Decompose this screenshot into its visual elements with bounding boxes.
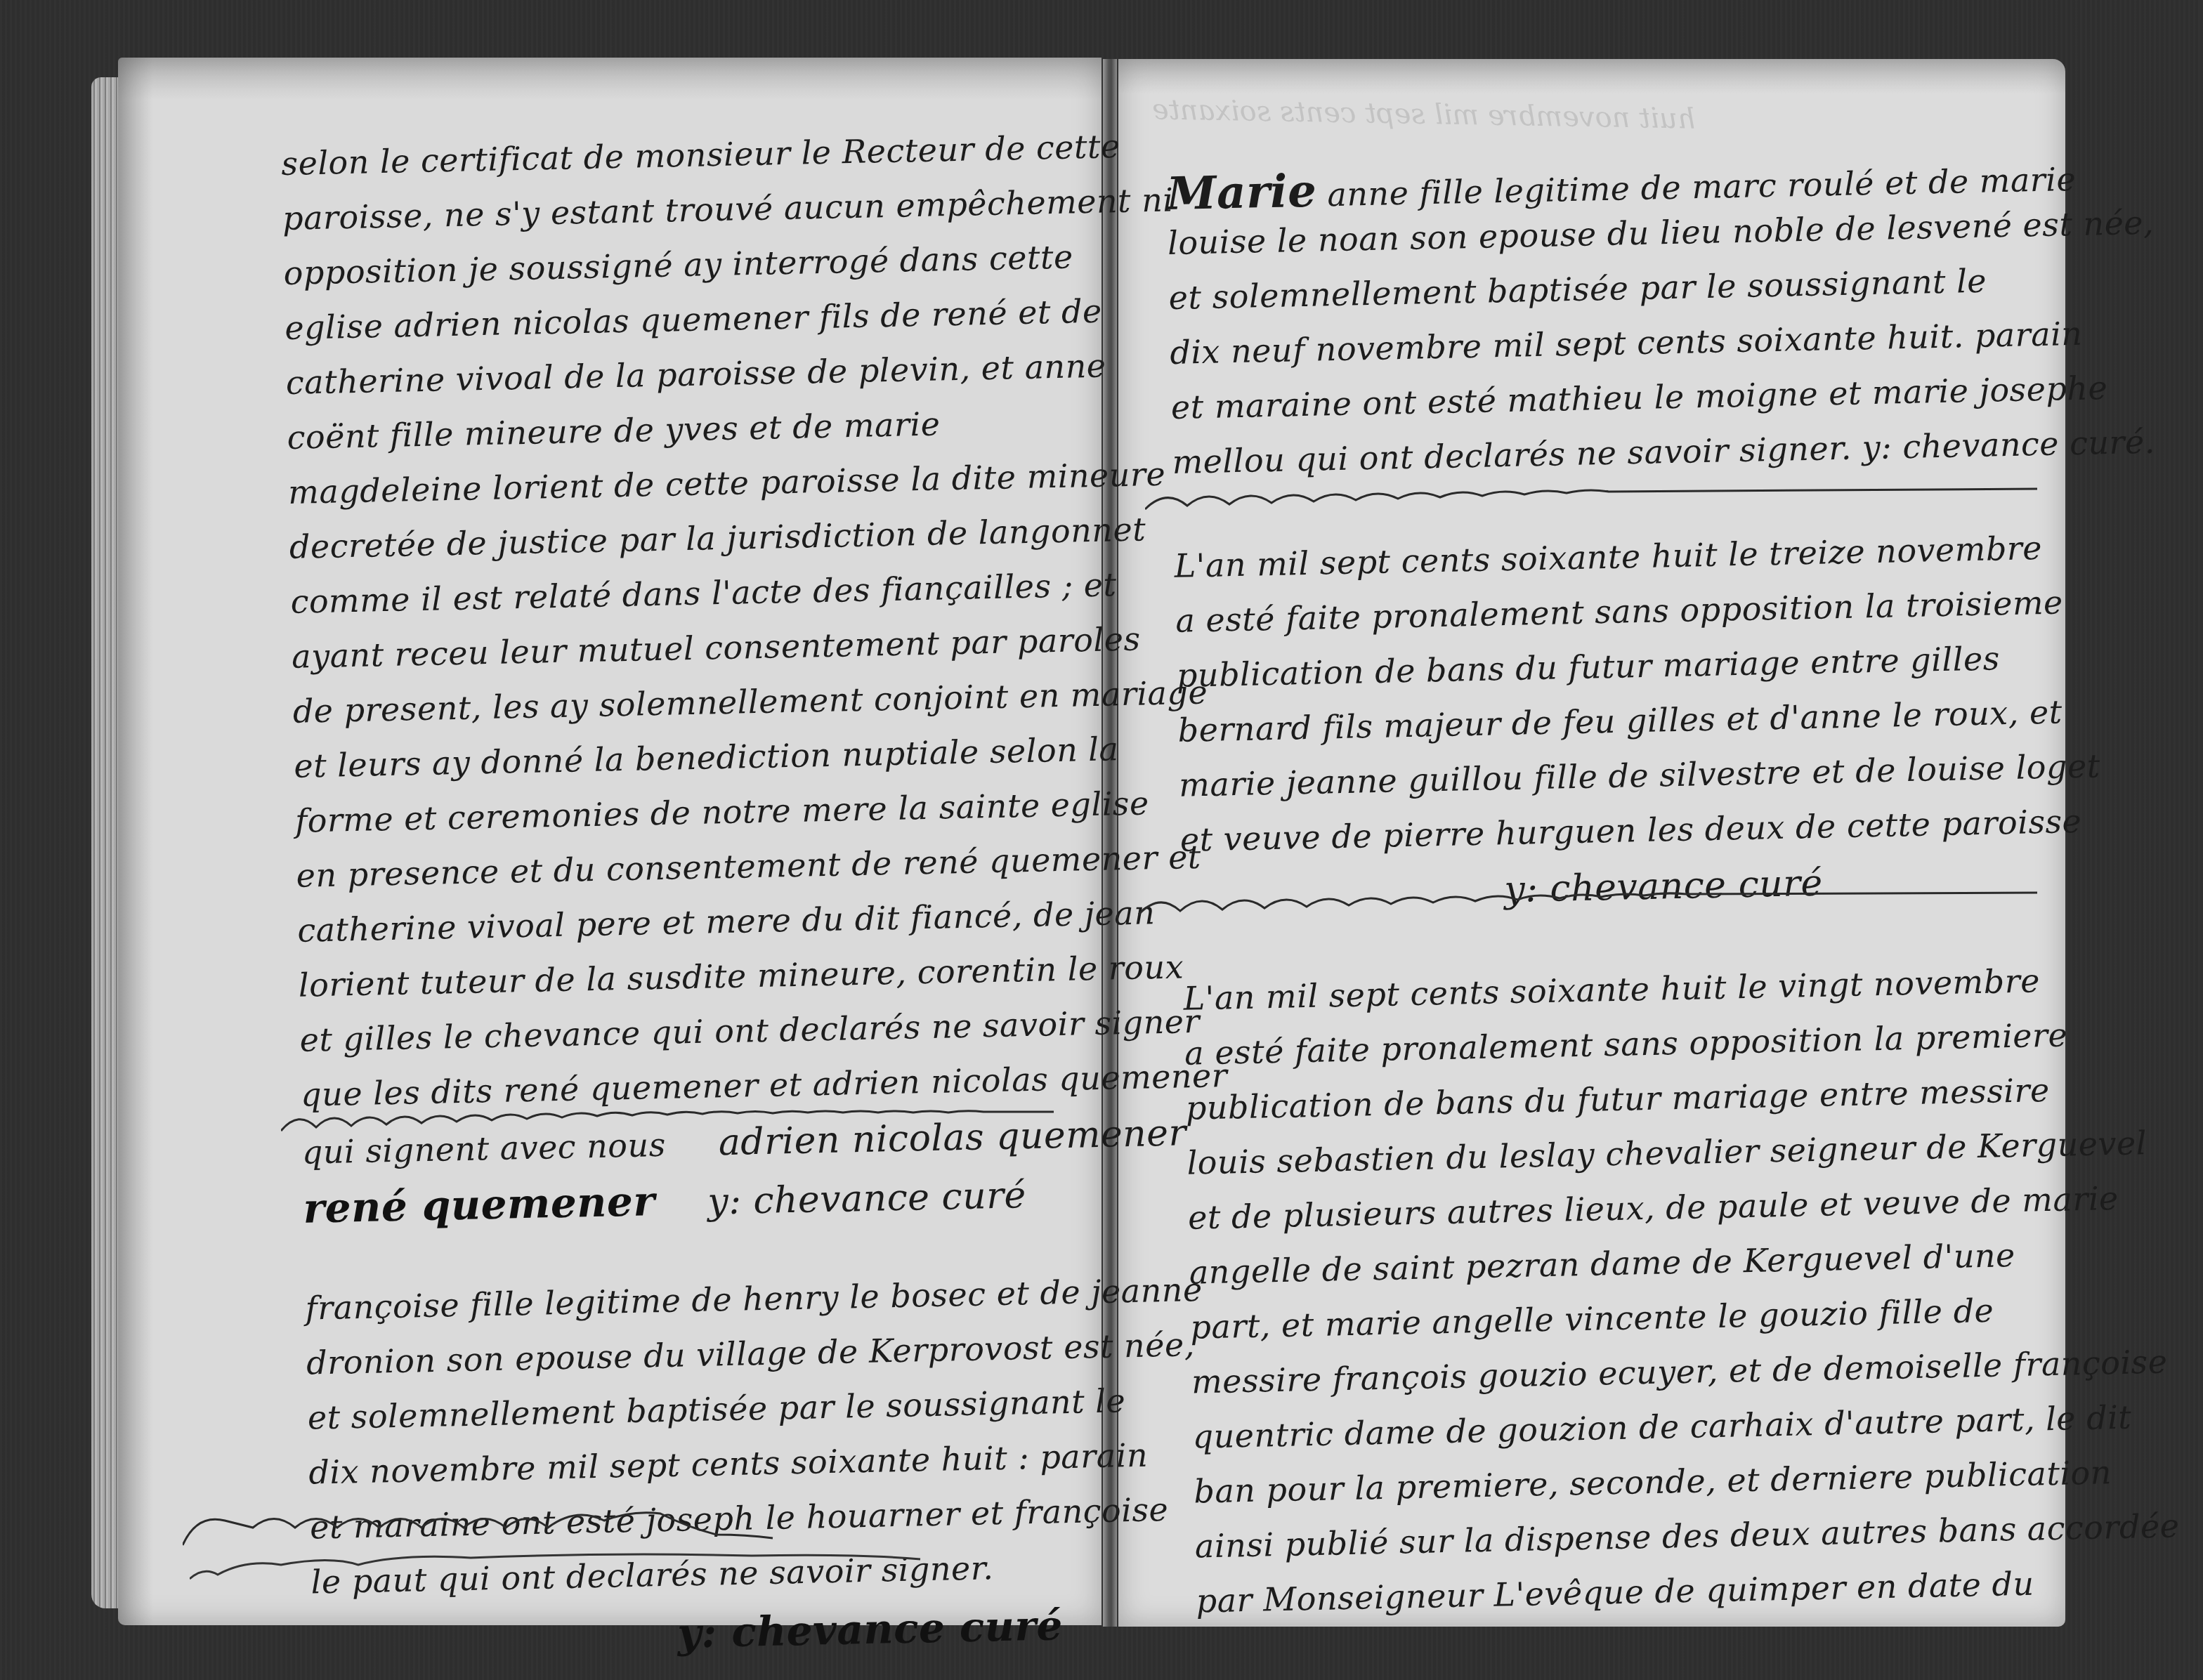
- banns-entry: L'an mil sept cents soixante huit le vin…: [1183, 965, 2039, 1640]
- baptism-entry: Marie anne fille legitime de marc roulé …: [1166, 155, 2016, 501]
- closing-flourish: [183, 1507, 969, 1549]
- signature-father: rené quemener: [303, 1177, 655, 1232]
- text-fragment: anne fille legitime de marc roulé et de …: [1327, 160, 2077, 214]
- closing-line: [190, 1552, 962, 1580]
- separator-flourish: [281, 1106, 1054, 1134]
- signature-priest: y: chevance curé: [665, 1174, 1027, 1224]
- entry-first-word: Marie: [1166, 165, 1317, 221]
- left-page-text: selon le certificat de monsieur le Recte…: [281, 131, 1099, 1676]
- separator-flourish: [1145, 485, 2037, 513]
- marriage-entry: selon le certificat de monsieur le Recte…: [281, 131, 1090, 1243]
- separator-flourish: [1138, 888, 2037, 917]
- baptism-entry: françoise fille legitime de henry le bos…: [305, 1275, 1099, 1675]
- banns-entry: L'an mil sept cents soixante huit le tre…: [1174, 532, 2025, 933]
